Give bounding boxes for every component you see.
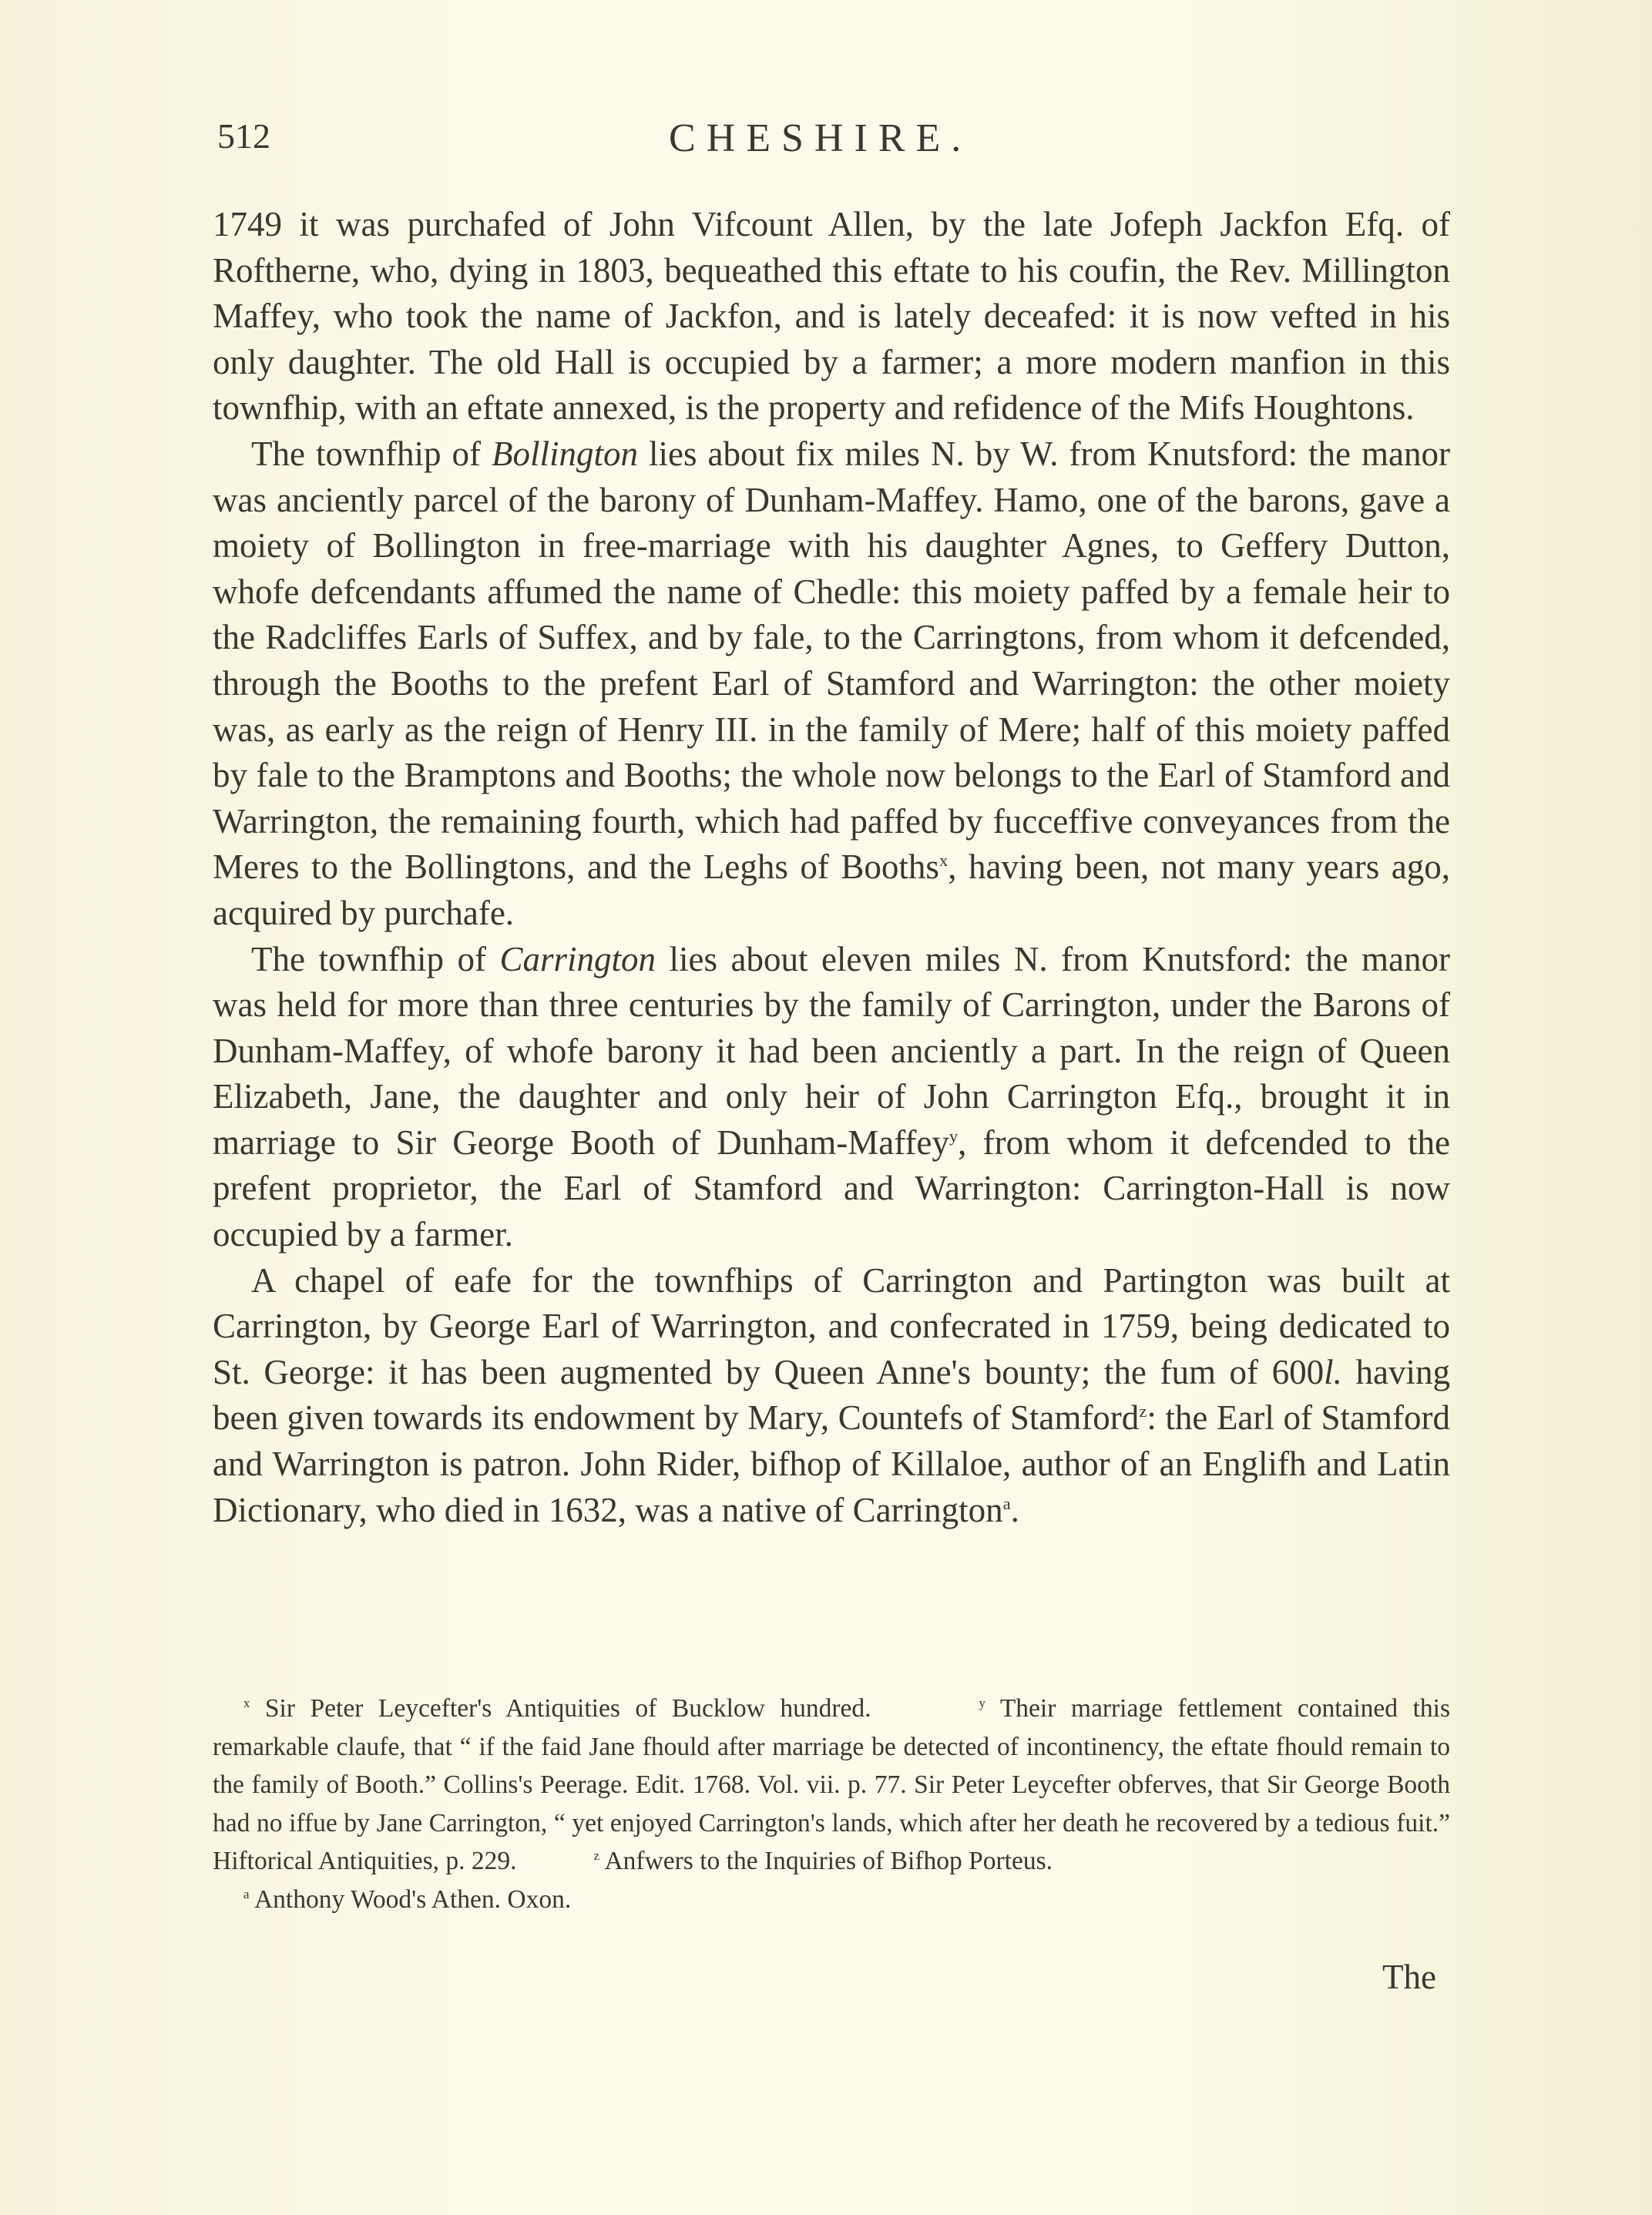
footnote-ref: y — [949, 1126, 958, 1146]
footnote-ref: x — [939, 851, 948, 870]
running-head: CHESHIRE. — [669, 116, 972, 161]
text: lies about fix miles N. by W. from Knuts… — [213, 435, 1450, 886]
footnote-ref: a — [1003, 1494, 1011, 1513]
body-text: 1749 it was purchafed of John Vifcount A… — [213, 202, 1450, 1533]
footnote-text: Anthony Wood's Athen. Oxon. — [249, 1885, 571, 1914]
footnote-mark: z — [594, 1848, 599, 1863]
text: A chapel of eafe for the townfhips of Ca… — [213, 1261, 1450, 1391]
paragraph-bollington: The townfhip of Bollington lies about fi… — [213, 431, 1450, 937]
place-name: Carrington — [499, 940, 656, 978]
currency-mark: l. — [1324, 1353, 1342, 1391]
footnote-ref: z — [1139, 1401, 1147, 1421]
place-name: Bollington — [492, 435, 638, 473]
text: The townfhip of — [251, 940, 499, 978]
footnote-a: a Anthony Wood's Athen. Oxon. — [213, 1881, 1450, 1919]
paragraph-1: 1749 it was purchafed of John Vifcount A… — [213, 202, 1450, 431]
page-number: 512 — [217, 116, 270, 156]
footnote-x-y: x Sir Peter Leycefter's Antiquities of B… — [213, 1690, 1450, 1881]
paragraph-chapel: A chapel of eafe for the townfhips of Ca… — [213, 1258, 1450, 1534]
footnotes: x Sir Peter Leycefter's Antiquities of B… — [213, 1690, 1450, 1918]
text: The townfhip of — [251, 435, 492, 473]
footnote-text: Anfwers to the Inquiries of Bifhop Porte… — [599, 1847, 1053, 1875]
footnote-mark: y — [979, 1696, 985, 1710]
catchword: The — [1382, 1957, 1436, 1997]
footnote-text: Sir Peter Leycefter's Antiquities of Buc… — [250, 1694, 871, 1723]
text: . — [1011, 1491, 1019, 1529]
paragraph-carrington: The townfhip of Carrington lies about el… — [213, 937, 1450, 1258]
